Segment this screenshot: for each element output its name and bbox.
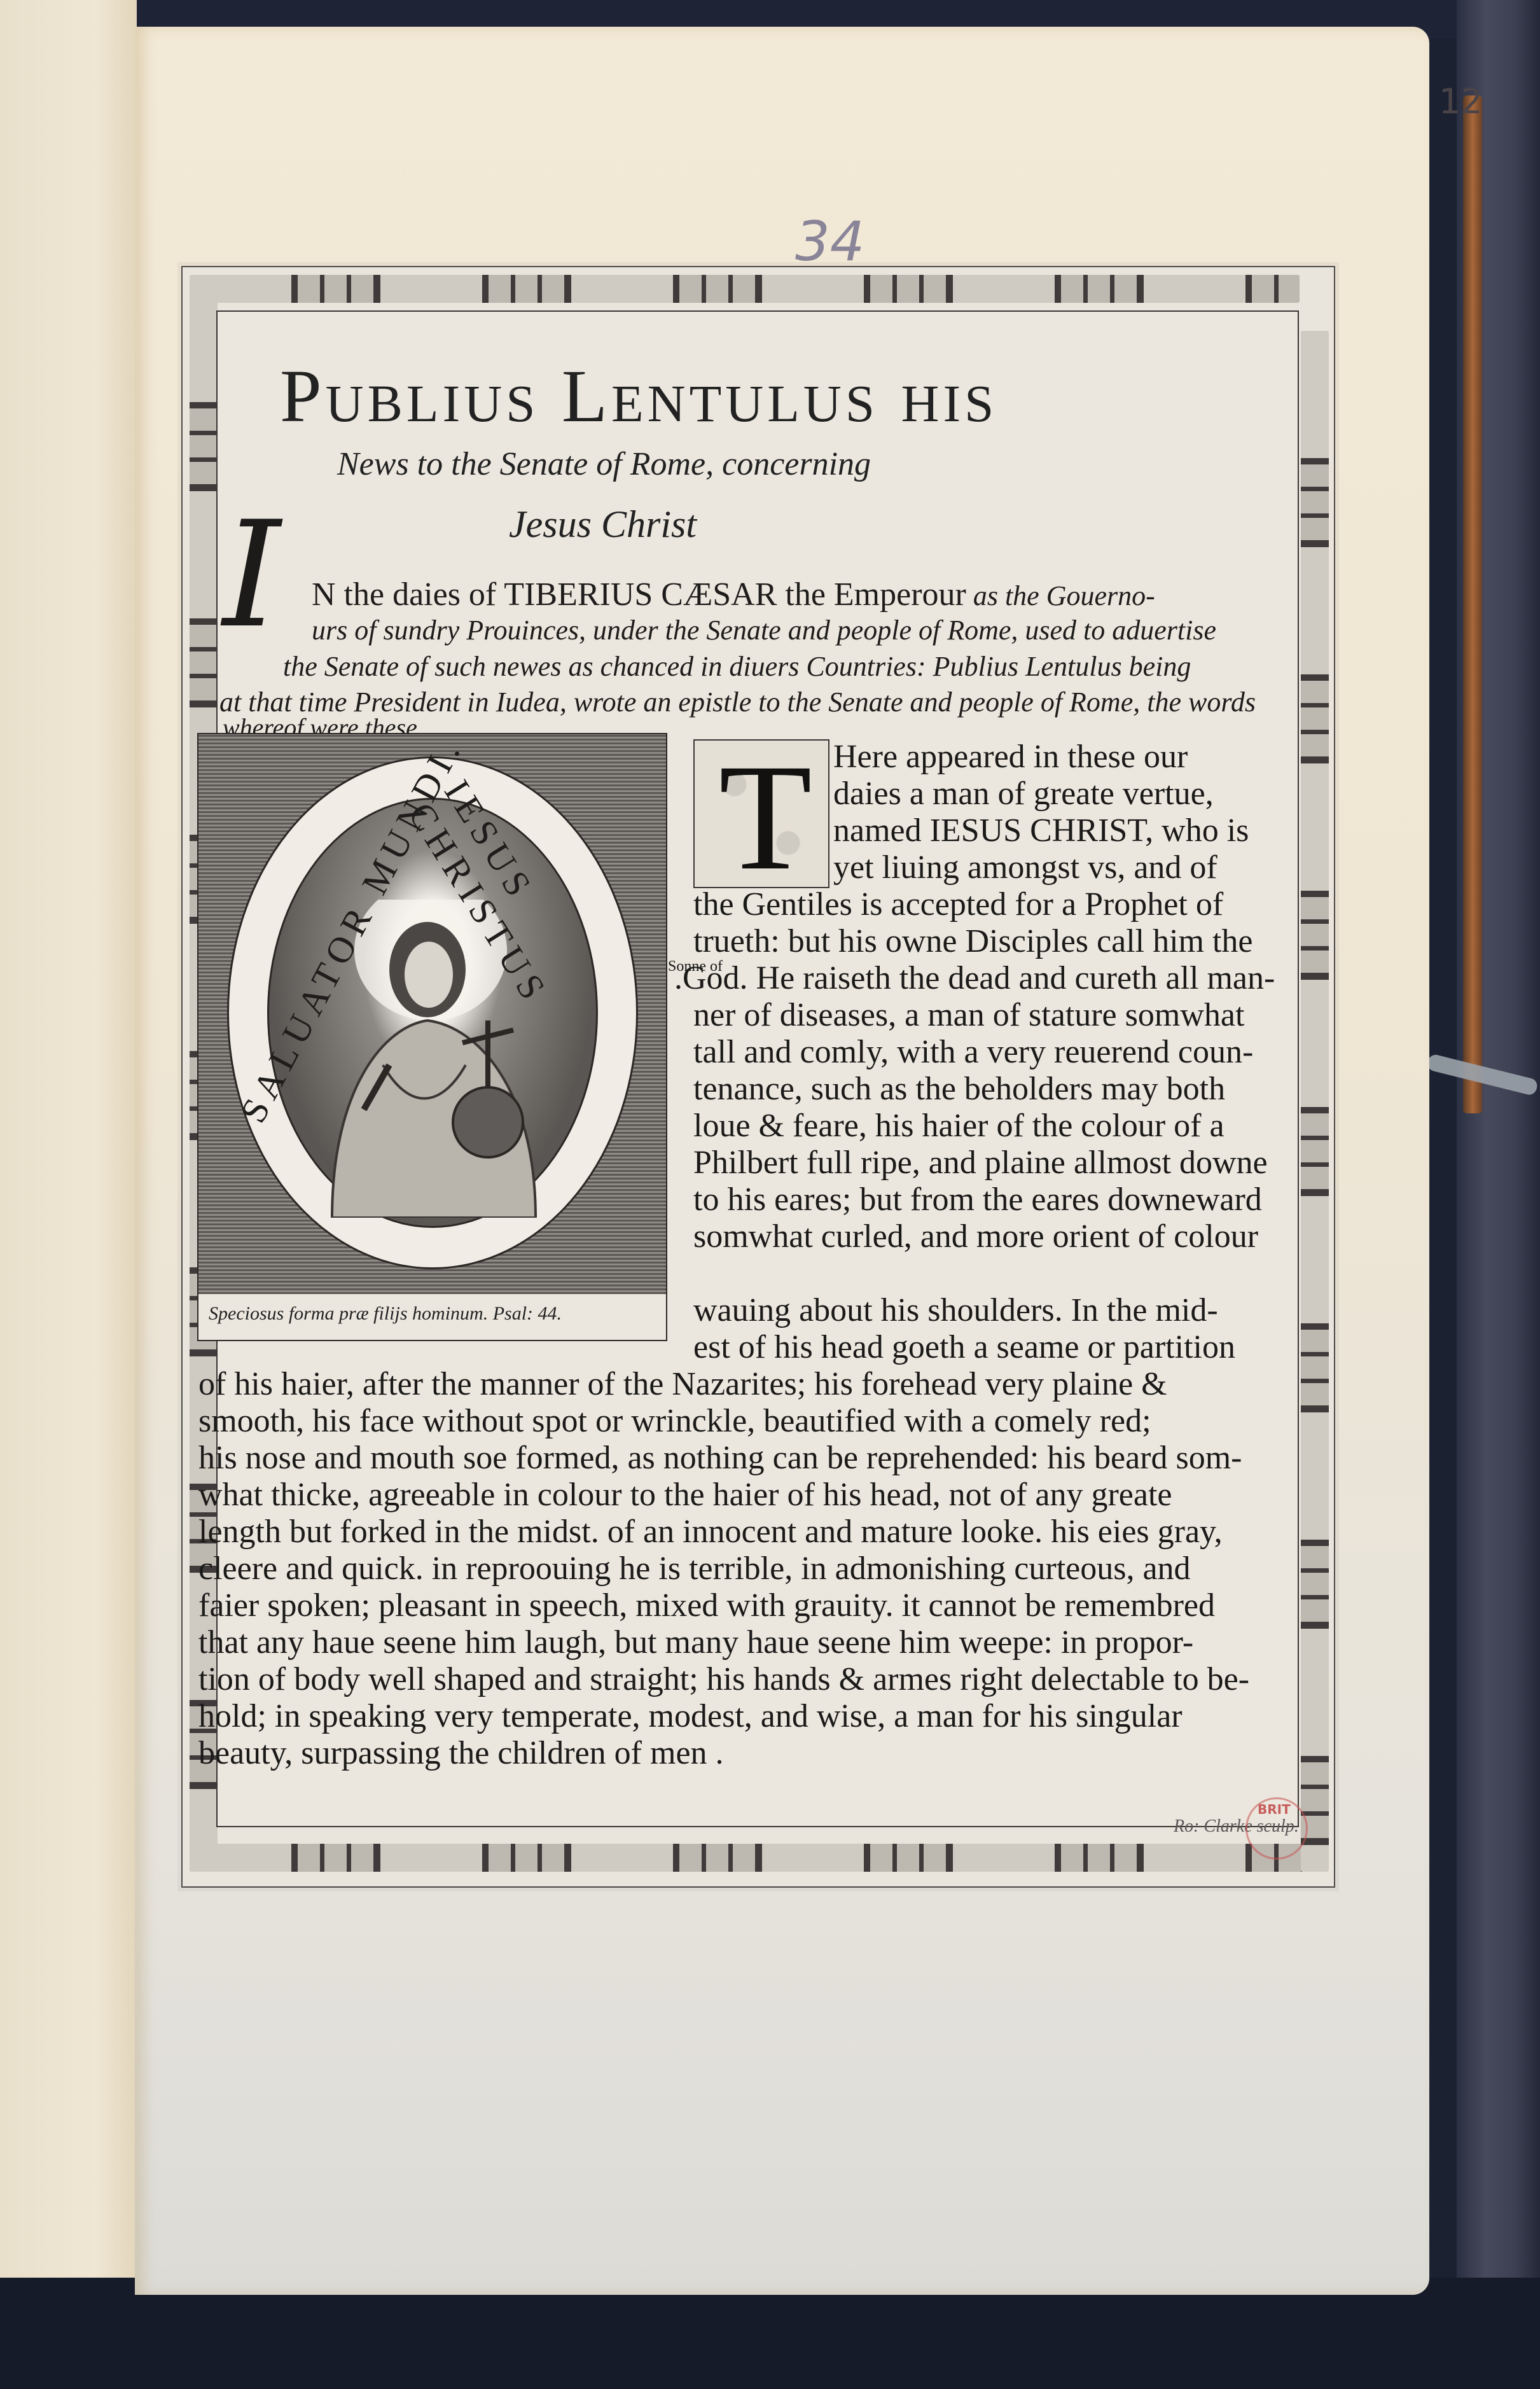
portrait-caption: Speciosus forma præ filijs hominum. Psal…	[209, 1303, 562, 1325]
folio-number: 12	[1439, 81, 1483, 122]
body-line: the Gentiles is accepted for a Prophet o…	[693, 886, 1223, 923]
plate-subtitle: News to the Senate of Rome, concerning	[337, 445, 871, 483]
body-line: of his haier, after the manner of the Na…	[198, 1365, 1167, 1403]
body-line: that any haue seene him laugh, but many …	[198, 1624, 1193, 1661]
body-line: somwhat curled, and more orient of colou…	[693, 1218, 1258, 1255]
beaded-border-right	[1301, 331, 1329, 1872]
intro-line-3: the Senate of such newes as chanced in d…	[283, 650, 1191, 683]
pencil-number: 34	[795, 210, 864, 274]
dropcap-t-letter: T	[719, 729, 812, 905]
body-line: what thicke, agreeable in colour to the …	[198, 1476, 1172, 1514]
portrait-engraving: SALUATOR MUNDI. IESUS CHRISTUS	[197, 733, 667, 1295]
intro-line-1-roman: N the daies of TIBERIUS CÆSAR the Empero…	[312, 576, 966, 613]
ornamental-dropcap-t: T	[693, 739, 829, 888]
book-cover-edge	[1463, 95, 1482, 1113]
beaded-border-top	[190, 275, 1300, 303]
plate-subtitle-name: Jesus Christ	[509, 503, 697, 547]
previous-leaf	[0, 0, 137, 2389]
body-line: smooth, his face without spot or wrinckl…	[198, 1402, 1151, 1440]
body-line: tion of body well shaped and straight; h…	[198, 1661, 1249, 1698]
body-line: est of his head goeth a seame or partiti…	[693, 1328, 1235, 1366]
body-line: yet liuing amongst vs, and of	[833, 849, 1217, 886]
body-line: daies a man of greate vertue,	[833, 775, 1214, 812]
body-line: faier spoken; pleasant in speech, mixed …	[198, 1587, 1215, 1624]
intro-line-2: urs of sundry Prouinces, under the Senat…	[312, 614, 1216, 646]
body-line: named IESUS CHRIST, who is	[833, 812, 1249, 849]
body-line: loue & feare, his haier of the colour of…	[693, 1107, 1224, 1145]
portrait-caption-box: Speciosus forma præ filijs hominum. Psal…	[197, 1294, 667, 1341]
body-line: cleere and quick. in reproouing he is te…	[198, 1550, 1191, 1587]
body-line: to his eares; but from the eares downewa…	[693, 1181, 1262, 1218]
body-line: .God. He raiseth the dead and cureth all…	[674, 959, 1275, 997]
body-line: hold; in speaking very temperate, modest…	[198, 1697, 1183, 1735]
library-stamp: BRIT	[1245, 1797, 1308, 1860]
body-line: length but forked in the midst. of an in…	[198, 1513, 1223, 1550]
body-line: beauty, surpassing the children of men .	[198, 1734, 724, 1772]
plate-title: Publius Lentulus his	[280, 353, 1272, 440]
body-line: tall and comly, with a very reuerend cou…	[693, 1033, 1253, 1071]
body-line: Here appeared in these our	[833, 738, 1188, 776]
body-line: trueth: but his owne Disciples call him …	[693, 923, 1253, 960]
ornamental-dropcap-i: I	[223, 503, 281, 649]
body-line: his nose and mouth soe formed, as nothin…	[198, 1439, 1242, 1477]
beaded-border-bottom	[190, 1844, 1328, 1872]
stamp-text: BRIT	[1258, 1802, 1291, 1817]
intro-line-1: N the daies of TIBERIUS CÆSAR the Empero…	[312, 576, 1155, 613]
intro-line-1-italic: as the Gouerno-	[966, 580, 1155, 611]
body-line: tenance, such as the beholders may both	[693, 1070, 1225, 1108]
body-line: Philbert full ripe, and plaine allmost d…	[693, 1144, 1268, 1181]
body-line: wauing about his shoulders. In the mid-	[693, 1292, 1218, 1329]
body-line: ner of diseases, a man of stature somwha…	[693, 996, 1244, 1034]
